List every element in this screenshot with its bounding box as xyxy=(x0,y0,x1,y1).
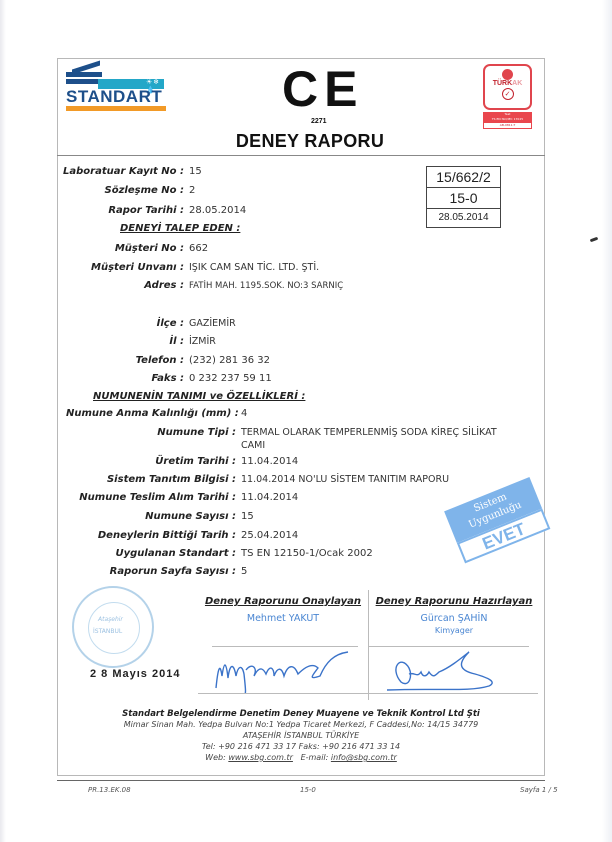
approver-signature xyxy=(208,648,358,694)
ce-mark: CE xyxy=(282,70,362,116)
preparer-role: Kimyager xyxy=(369,626,539,635)
logo-roof-stripe xyxy=(66,79,98,84)
approver-name: Mehmet YAKUT xyxy=(198,613,368,624)
company-info: Standart Belgelendirme Denetim Deney Mua… xyxy=(57,709,545,763)
report-revision: 15-0 xyxy=(427,188,500,209)
standart-logo: ☀❄💧 STANDART xyxy=(66,63,168,113)
signature-table: Deney Raporunu Onaylayan Mehmet YAKUT De… xyxy=(198,590,538,700)
preparer-name: Gürcan ŞAHİN xyxy=(369,613,539,624)
page-number: Sayfa 1 / 5 xyxy=(520,786,558,794)
check-icon: ✓ xyxy=(502,88,514,100)
report-id-box: 15/662/2 15-0 28.05.2014 xyxy=(426,166,501,228)
date-stamp: 2 8 Mayıs 2014 xyxy=(90,668,180,680)
logo-wordmark: STANDART xyxy=(66,87,162,107)
report-date: 28.05.2014 xyxy=(427,209,500,227)
website-link[interactable]: www.sbg.com.tr xyxy=(228,753,293,762)
logo-strip xyxy=(66,106,166,111)
section-heading-talep-eden: DENEYİ TALEP EDEN : xyxy=(120,223,240,234)
ce-mark-icon: CE xyxy=(282,60,363,118)
logo-roof-stripe xyxy=(66,72,102,77)
preparer-signature xyxy=(379,648,539,694)
notified-body-number: 2271 xyxy=(311,118,327,125)
footer-divider xyxy=(57,780,545,781)
turkak-accreditation-logo: TÜRKAK ✓ xyxy=(483,64,532,110)
official-seal: Ataşehir İSTANBUL xyxy=(72,586,154,668)
pen-mark xyxy=(590,237,599,243)
accreditation-band: Test TS EN ISO/IEC 17025 AB-0811-T xyxy=(483,112,532,128)
preparer-column: Deney Raporunu Hazırlayan Gürcan ŞAHİN K… xyxy=(368,590,539,700)
page-title: DENEY RAPORU xyxy=(230,131,390,152)
company-name: Standart Belgelendirme Denetim Deney Mua… xyxy=(57,709,545,719)
company-address-line2: ATAŞEHİR İSTANBUL TÜRKİYE xyxy=(57,730,545,741)
company-web-email: Web: www.sbg.com.tr E-mail: info@sbg.com… xyxy=(57,752,545,763)
turkak-wordmark: TÜRKAK xyxy=(485,80,530,87)
section-heading-numune: NUMUNENİN TANIMI ve ÖZELLİKLERİ : xyxy=(93,391,305,402)
page-edge-shadow-left xyxy=(0,0,6,842)
turkak-flag-icon xyxy=(502,69,513,80)
footer-revision: 15-0 xyxy=(300,786,316,794)
approver-column: Deney Raporunu Onaylayan Mehmet YAKUT xyxy=(198,590,368,700)
form-code: PR.13.EK.08 xyxy=(88,786,131,794)
company-phones: Tel: +90 216 471 33 17 Faks: +90 216 471… xyxy=(57,741,545,752)
preparer-heading: Deney Raporunu Hazırlayan xyxy=(369,596,539,607)
company-address-line1: Mimar Sinan Mah. Yedpa Bulvarı No:1 Yedp… xyxy=(57,719,545,730)
email-link[interactable]: info@sbg.com.tr xyxy=(331,753,397,762)
report-number: 15/662/2 xyxy=(427,167,500,188)
approver-heading: Deney Raporunu Onaylayan xyxy=(198,596,368,607)
page-edge-shadow-right xyxy=(602,0,612,842)
